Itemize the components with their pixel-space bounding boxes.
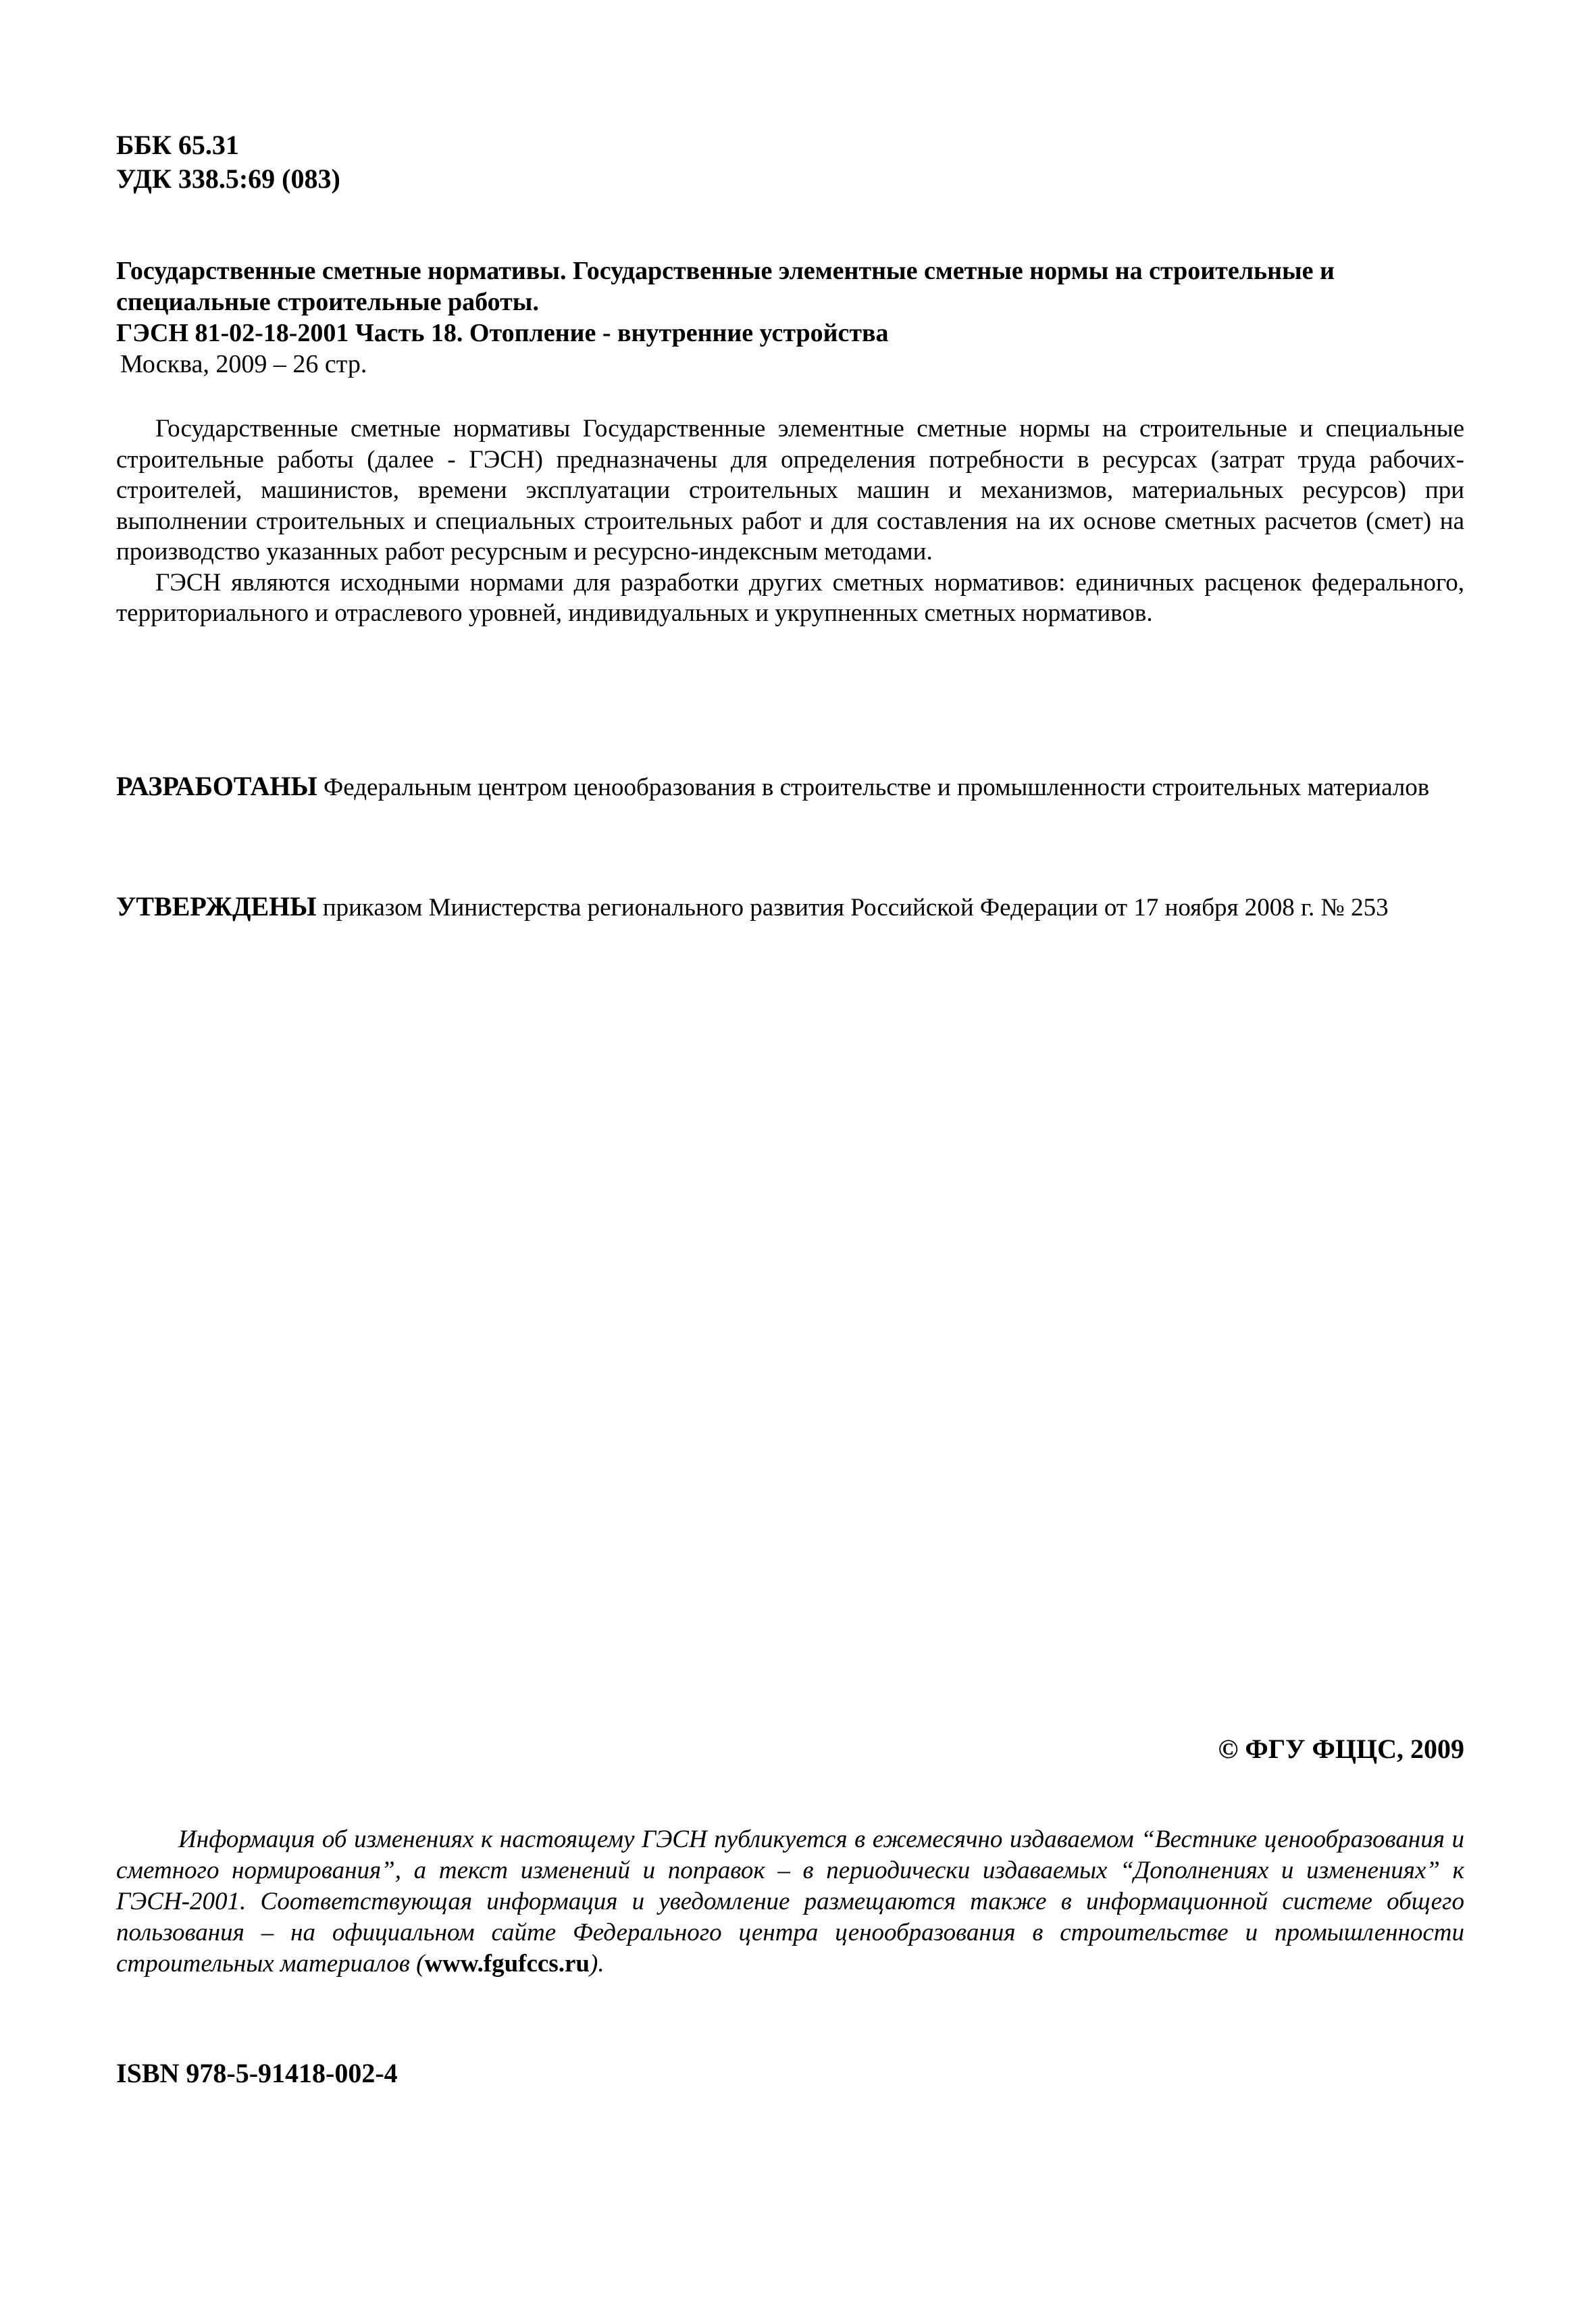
abstract: Государственные сметные нормативы Госуда…: [116, 413, 1464, 629]
isbn: ISBN 978-5-91418-002-4: [116, 2057, 1464, 2090]
title-block: Государственные сметные нормативы. Госуд…: [116, 255, 1464, 380]
changes-note-paragraph: Информация об изменениях к настоящему ГЭ…: [116, 1824, 1464, 1980]
classification-codes: ББК 65.31 УДК 338.5:69 (083): [116, 128, 1464, 196]
developed-label: РАЗРАБОТАНЫ: [116, 771, 317, 801]
website-link[interactable]: www.fgufccs.ru: [424, 1950, 590, 1978]
developed-by: РАЗРАБОТАНЫ Федеральным центром ценообра…: [116, 770, 1464, 803]
approved-label: УТВЕРЖДЕНЫ: [116, 891, 317, 922]
developed-text: Федеральным центром ценообразования в ст…: [324, 774, 1429, 801]
changes-note-tail: ).: [590, 1950, 604, 1978]
changes-note-text: Информация об изменениях к настоящему ГЭ…: [116, 1826, 1464, 1978]
approved-by: УТВЕРЖДЕНЫ приказом Министерства региона…: [116, 890, 1464, 924]
document-title: Государственные сметные нормативы. Госуд…: [116, 255, 1464, 318]
imprint: Москва, 2009 – 26 стр.: [116, 349, 1464, 380]
udk-code: УДК 338.5:69 (083): [116, 162, 1464, 196]
copyright: © ФГУ ФЦЦС, 2009: [116, 1733, 1464, 1765]
document-subtitle: ГЭСН 81-02-18-2001 Часть 18. Отопление -…: [116, 318, 1464, 349]
changes-note: Информация об изменениях к настоящему ГЭ…: [116, 1824, 1464, 1980]
approved-text: приказом Министерства регионального разв…: [323, 894, 1389, 922]
bbk-code: ББК 65.31: [116, 128, 1464, 162]
abstract-paragraph: Государственные сметные нормативы Госуда…: [116, 413, 1464, 568]
abstract-paragraph: ГЭСН являются исходными нормами для разр…: [116, 568, 1464, 629]
